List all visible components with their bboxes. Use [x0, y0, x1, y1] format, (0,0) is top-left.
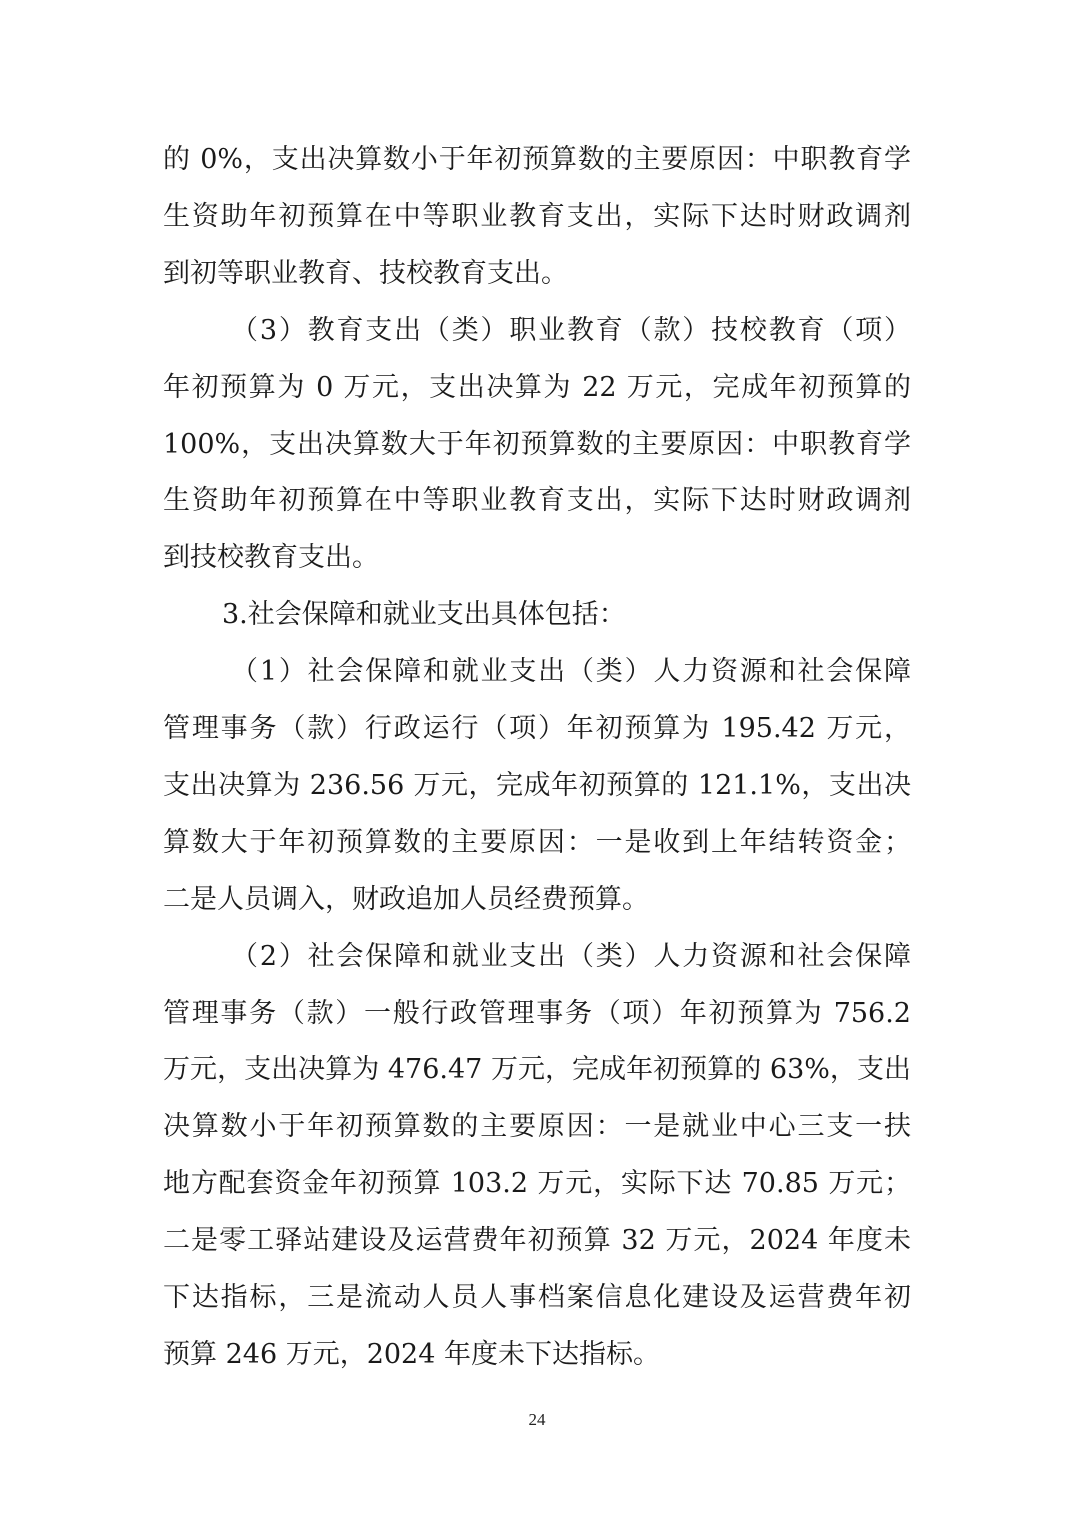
paragraph-line: 到技校教育支出。 — [163, 538, 911, 578]
paragraph-line: 地方配套资金年初预算 103.2 万元，实际下达 70.85 万元； — [163, 1164, 911, 1204]
paragraph-line: 生资助年初预算在中等职业教育支出，实际下达时财政调剂 — [163, 197, 911, 237]
paragraph-line: （3）教育支出（类）职业教育（款）技校教育（项） — [231, 311, 911, 351]
paragraph-line: 万元，支出决算为 476.47 万元，完成年初预算的 63%，支出 — [163, 1050, 911, 1090]
page-number: 24 — [0, 1410, 1074, 1430]
paragraph-line: 管理事务（款）一般行政管理事务（项）年初预算为 756.2 — [163, 994, 911, 1034]
paragraph-line: 决算数小于年初预算数的主要原因：一是就业中心三支一扶 — [163, 1107, 911, 1147]
paragraph-line: 的 0%，支出决算数小于年初预算数的主要原因：中职教育学 — [163, 140, 911, 180]
paragraph-line: 年初预算为 0 万元，支出决算为 22 万元，完成年初预算的 — [163, 368, 911, 408]
paragraph-line: 到初等职业教育、技校教育支出。 — [163, 254, 911, 294]
paragraph-line: 算数大于年初预算数的主要原因：一是收到上年结转资金； — [163, 823, 911, 863]
paragraph-line: 预算 246 万元，2024 年度未下达指标。 — [163, 1335, 911, 1375]
section-heading: 3.社会保障和就业支出具体包括： — [222, 595, 642, 635]
document-page: 的 0%，支出决算数小于年初预算数的主要原因：中职教育学 生资助年初预算在中等职… — [0, 0, 1074, 1520]
paragraph-line: 二是零工驿站建设及运营费年初预算 32 万元，2024 年度未 — [163, 1221, 911, 1261]
paragraph-line: 支出决算为 236.56 万元，完成年初预算的 121.1%，支出决 — [163, 766, 911, 806]
paragraph-line: 二是人员调入，财政追加人员经费预算。 — [163, 880, 911, 920]
paragraph-line: 下达指标，三是流动人员人事档案信息化建设及运营费年初 — [163, 1278, 911, 1318]
paragraph-line: 100%，支出决算数大于年初预算数的主要原因：中职教育学 — [163, 425, 911, 465]
paragraph-line: 生资助年初预算在中等职业教育支出，实际下达时财政调剂 — [163, 481, 911, 521]
paragraph-line: 管理事务（款）行政运行（项）年初预算为 195.42 万元， — [163, 709, 911, 749]
paragraph-line: （1）社会保障和就业支出（类）人力资源和社会保障 — [231, 652, 911, 692]
paragraph-line: （2）社会保障和就业支出（类）人力资源和社会保障 — [231, 937, 911, 977]
